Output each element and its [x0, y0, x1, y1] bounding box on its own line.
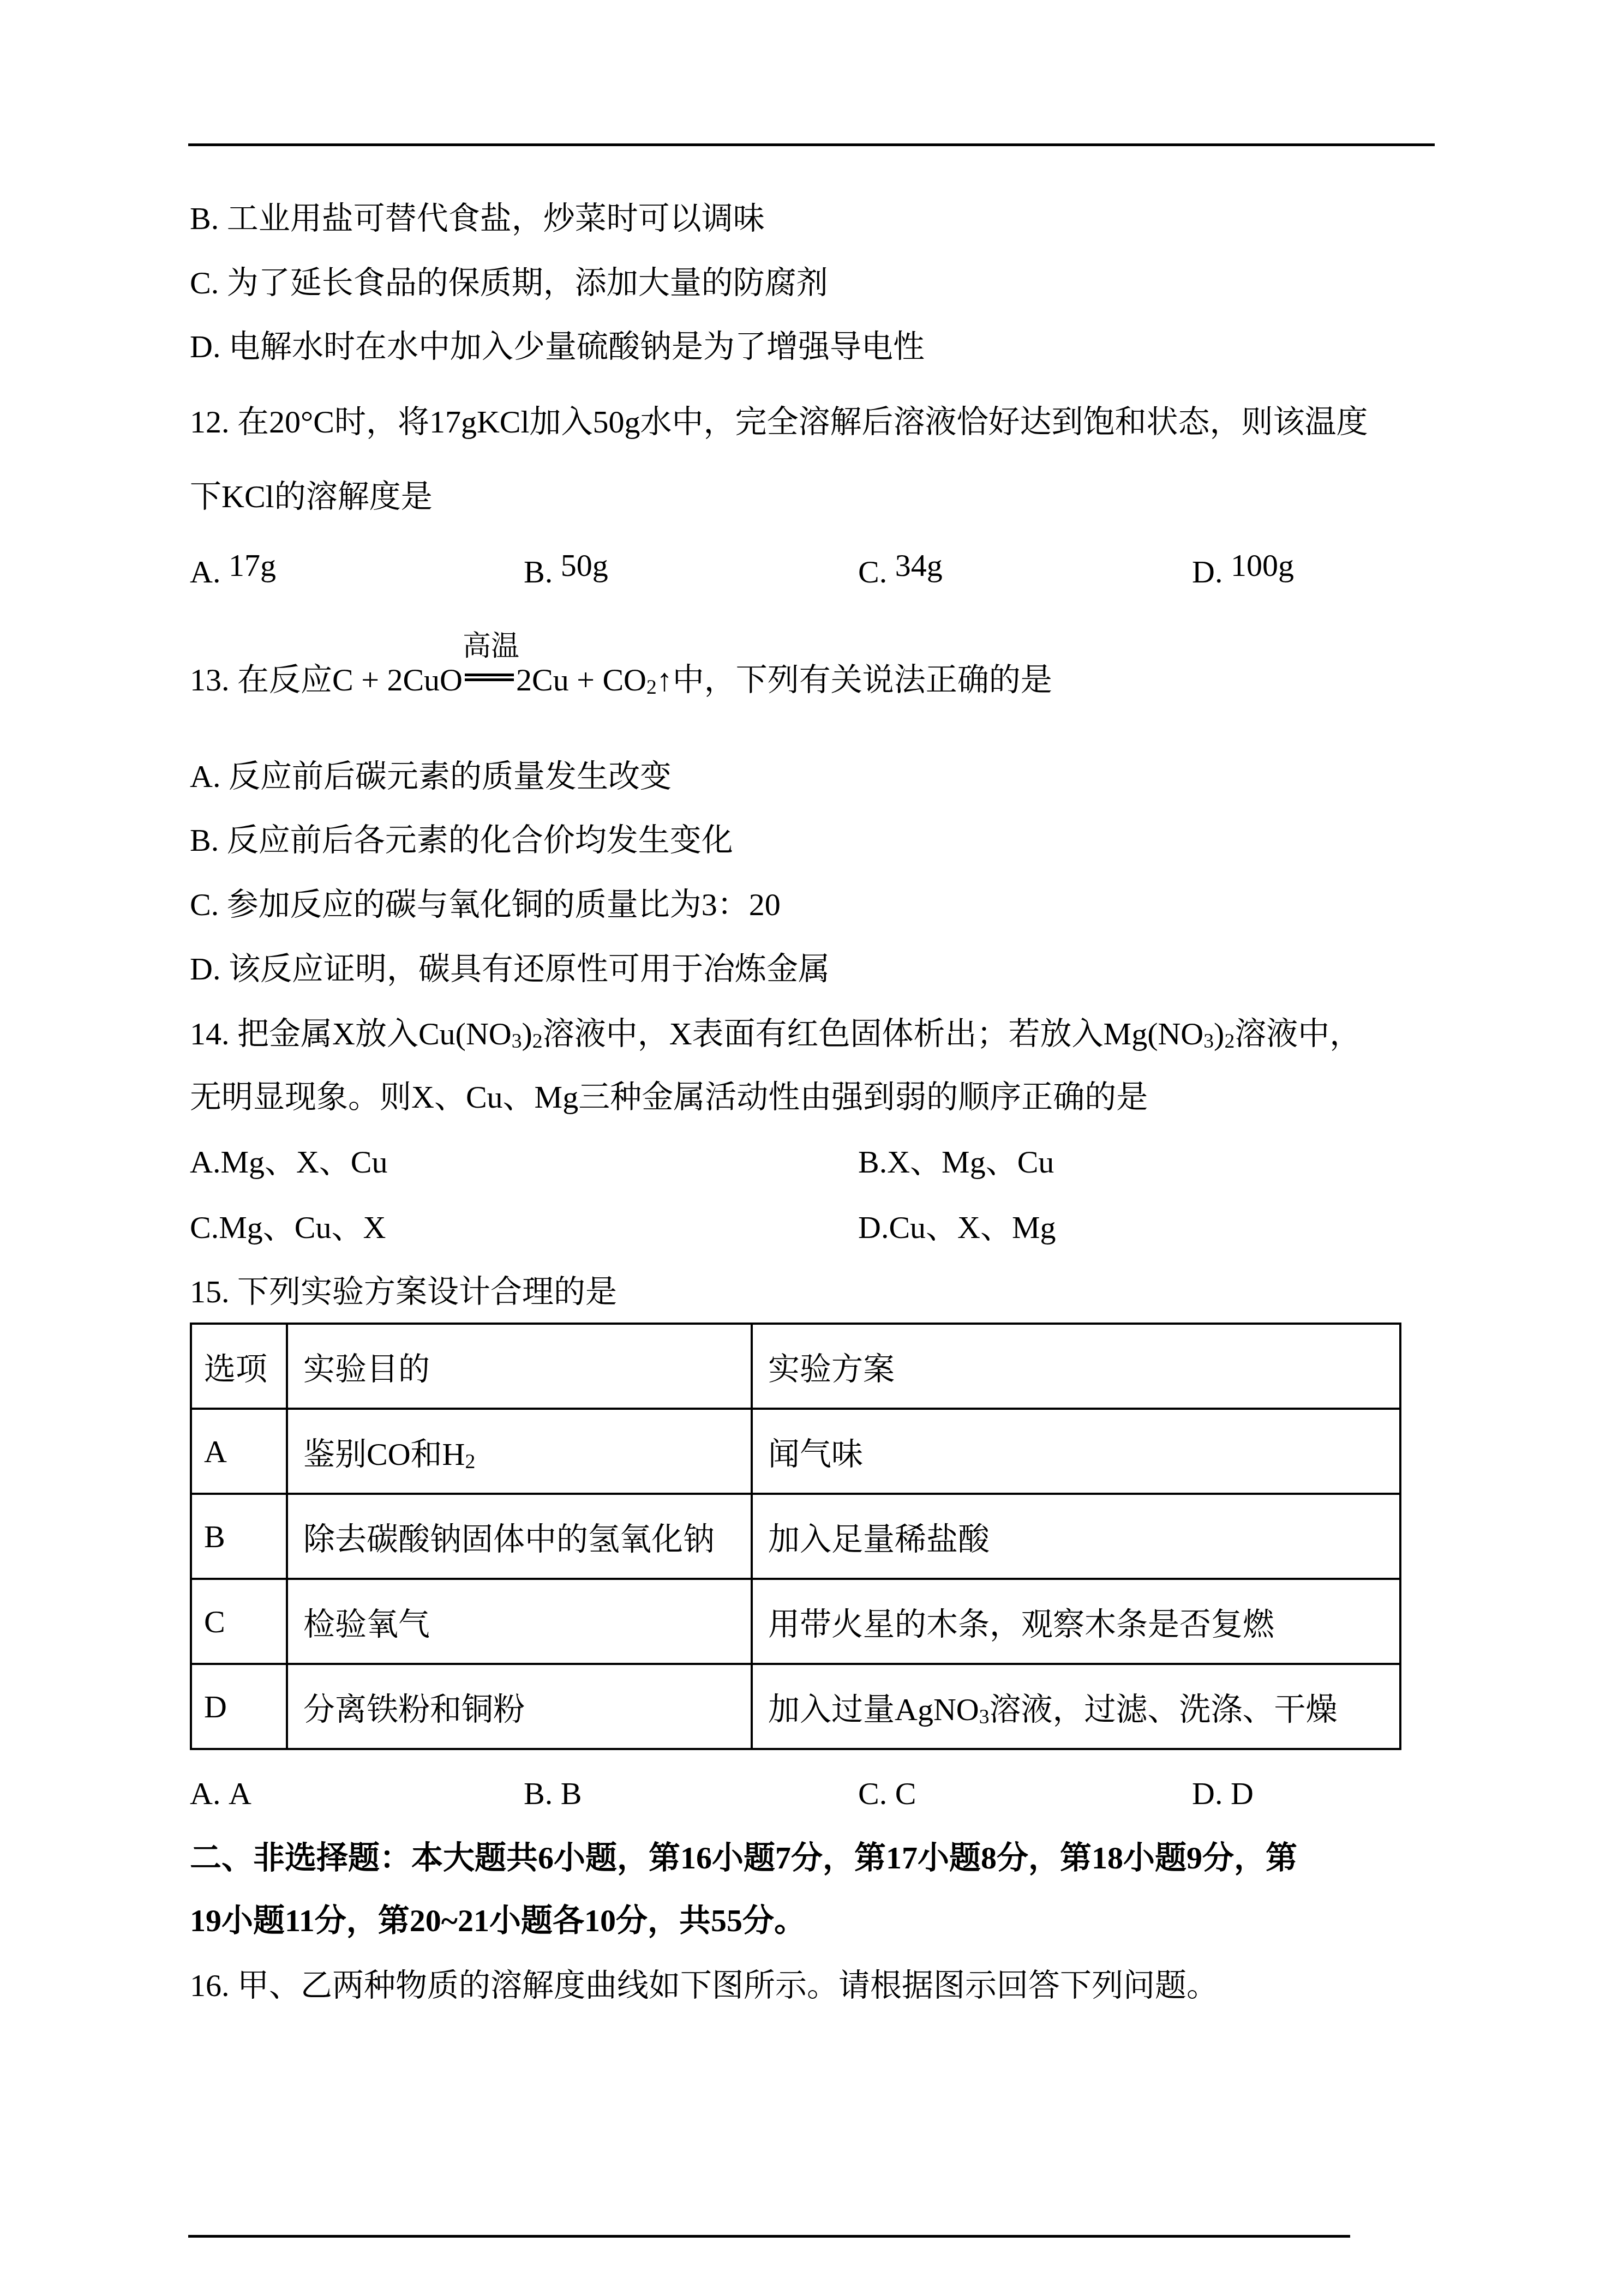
q14-option-b: B.X、Mg、Cu	[858, 1146, 1054, 1178]
subscript: 3	[979, 1705, 990, 1728]
table-cell-option: C	[191, 1579, 287, 1664]
option-text: 为了延长食品的保质期，添加大量的防腐剂	[227, 265, 828, 300]
cell-text: 加入过量AgNO	[768, 1692, 979, 1727]
table-row: B 除去碳酸钠固体中的氢氧化钠 加入足量稀盐酸	[191, 1494, 1400, 1579]
equation-reactants: C + 2CuO	[332, 662, 463, 698]
table-cell-option: B	[191, 1494, 287, 1579]
q12-stem-line1: 12. 在20°C时，将17gKCl加入50g水中，完全溶解后溶液恰好达到饱和状…	[190, 406, 1368, 438]
option-text: 反应前后碳元素的质量发生改变	[229, 759, 672, 794]
option-label: C.	[858, 554, 887, 590]
option-text: 电解水时在水中加入少量硫酸钠是为了增强导电性	[229, 329, 925, 364]
option-text: Mg、Cu、X	[219, 1210, 386, 1245]
option-text: 反应前后各元素的化合价均发生变化	[227, 822, 733, 858]
q14-stem-line2: 无明显现象。则X、Cu、Mg三种金属活动性由强到弱的顺序正确的是	[190, 1081, 1148, 1113]
option-text: 100g	[1231, 548, 1294, 583]
option-text: X、Mg、Cu	[887, 1144, 1054, 1180]
q13-stem: 13. 在反应C + 2CuO高温2Cu + CO2↑中，下列有关说法正确的是	[190, 664, 1052, 696]
question-number: 14.	[190, 1016, 230, 1051]
subscript: 2	[1224, 1030, 1235, 1053]
table-cell-option: D	[191, 1664, 287, 1749]
section2-heading-line1: 二、非选择题：本大题共6小题，第16小题7分，第17小题8分，第18小题9分，第	[190, 1842, 1297, 1874]
q12-stem-line2: 下KCl的溶解度是	[190, 481, 433, 513]
q12-option-c: C. 34g	[858, 556, 943, 588]
option-label: C.	[190, 887, 219, 922]
option-label: A.	[190, 1776, 220, 1811]
question-number: 16.	[190, 1968, 230, 2003]
question-text: 下列实验方案设计合理的是	[237, 1274, 617, 1309]
option-label: B.	[190, 822, 219, 858]
table-cell-plan: 闻气味	[752, 1409, 1400, 1494]
cell-text: 除去碳酸钠固体中的氢氧化钠	[303, 1522, 715, 1557]
gas-arrow-icon: ↑	[657, 662, 673, 698]
header-rule	[188, 143, 1435, 146]
q15-option-d: D. D	[1192, 1778, 1254, 1810]
q12-option-d: D. 100g	[1192, 556, 1294, 588]
cell-text: 鉴别CO和H	[303, 1436, 465, 1472]
question-text: 溶液中，	[1235, 1016, 1361, 1051]
reaction-condition: 高温	[463, 633, 516, 661]
subscript: 2	[646, 676, 657, 699]
option-label: A.	[190, 759, 220, 794]
option-label: C.	[190, 1210, 219, 1245]
experiment-table: 选项 实验目的 实验方案 A 鉴别CO和H2 闻气味 B 除去碳酸钠固体中的氢氧…	[190, 1323, 1401, 1750]
option-label: C.	[190, 265, 219, 300]
option-text: 17g	[229, 548, 276, 583]
table-header-row: 选项 实验目的 实验方案	[191, 1324, 1400, 1409]
section2-heading-line2: 19小题11分，第20~21小题各10分，共55分。	[190, 1905, 806, 1937]
option-label: D.	[858, 1210, 889, 1245]
q11-option-d: D. 电解水时在水中加入少量硫酸钠是为了增强导电性	[190, 331, 925, 363]
subscript: 2	[465, 1450, 475, 1473]
table-cell-plan: 用带火星的木条，观察木条是否复燃	[752, 1579, 1400, 1664]
table-header-cell: 实验方案	[752, 1324, 1400, 1409]
q15-option-c: C. C	[858, 1778, 916, 1810]
section-heading: 19小题11分，第20~21小题各10分，共55分。	[190, 1903, 806, 1938]
subscript: 3	[512, 1030, 522, 1053]
reaction-condition-sign: 高温	[463, 664, 516, 696]
question-number: 13.	[190, 662, 230, 698]
option-text: Mg、X、Cu	[220, 1144, 387, 1180]
table-header-cell: 实验目的	[287, 1324, 752, 1409]
q14-option-d: D.Cu、X、Mg	[858, 1212, 1056, 1243]
question-text: 甲、乙两种物质的溶解度曲线如下图所示。请根据图示回答下列问题。	[237, 1968, 1218, 2003]
option-label: A.	[190, 554, 220, 590]
option-label: B.	[858, 1144, 887, 1180]
q12-option-b: B. 50g	[524, 556, 608, 588]
question-text: 中，下列有关说法正确的是	[673, 662, 1052, 698]
question-text: 下KCl的溶解度是	[190, 479, 433, 514]
option-label: C.	[858, 1776, 887, 1811]
table-cell-option: A	[191, 1409, 287, 1494]
q11-option-b: B. 工业用盐可替代食盐，炒菜时可以调味	[190, 203, 765, 235]
question-text: 把金属X放入Cu(NO	[237, 1016, 512, 1051]
table-cell-purpose: 鉴别CO和H2	[287, 1409, 752, 1494]
question-text: )	[522, 1016, 532, 1051]
q15-stem: 15. 下列实验方案设计合理的是	[190, 1276, 617, 1308]
option-text: D	[1231, 1776, 1254, 1811]
q12-option-a: A. 17g	[190, 556, 276, 588]
option-label: D.	[1192, 554, 1223, 590]
option-label: B.	[524, 554, 553, 590]
q11-option-c: C. 为了延长食品的保质期，添加大量的防腐剂	[190, 267, 828, 299]
equals-sign-icon	[465, 674, 514, 681]
subscript: 2	[532, 1030, 543, 1053]
cell-text: 用带火星的木条，观察木条是否复燃	[768, 1607, 1274, 1642]
table-cell-purpose: 除去碳酸钠固体中的氢氧化钠	[287, 1494, 752, 1579]
q13-option-a: A. 反应前后碳元素的质量发生改变	[190, 761, 672, 792]
option-label: D.	[1192, 1776, 1223, 1811]
q14-option-c: C.Mg、Cu、X	[190, 1212, 386, 1243]
q14-stem-line1: 14. 把金属X放入Cu(NO3)2溶液中，X表面有红色固体析出；若放入Mg(N…	[190, 1018, 1361, 1050]
cell-text: 检验氧气	[303, 1607, 430, 1642]
option-text: 50g	[561, 548, 608, 583]
table-cell-plan: 加入过量AgNO3溶液，过滤、洗涤、干燥	[752, 1664, 1400, 1749]
question-number: 15.	[190, 1274, 230, 1309]
cell-text: 闻气味	[768, 1436, 863, 1472]
option-text: B	[561, 1776, 582, 1811]
cell-text: 加入足量稀盐酸	[768, 1522, 990, 1557]
equation-products: 2Cu + CO	[516, 662, 646, 698]
option-text: 该反应证明，碳具有还原性可用于冶炼金属	[229, 951, 830, 987]
question-text: 溶液中，X表面有红色固体析出；若放入Mg(NO	[543, 1016, 1204, 1051]
question-text: )	[1214, 1016, 1224, 1051]
section-heading: 二、非选择题：本大题共6小题，第16小题7分，第17小题8分，第18小题9分，第	[190, 1840, 1297, 1876]
option-text: 34g	[895, 548, 943, 583]
table-cell-plan: 加入足量稀盐酸	[752, 1494, 1400, 1579]
q15-option-a: A. A	[190, 1778, 251, 1810]
footer-rule	[188, 2235, 1350, 2238]
question-number: 12.	[190, 404, 230, 440]
option-text: 工业用盐可替代食盐，炒菜时可以调味	[227, 201, 765, 236]
subscript: 3	[1203, 1030, 1214, 1053]
table-row: D 分离铁粉和铜粉 加入过量AgNO3溶液，过滤、洗涤、干燥	[191, 1664, 1400, 1749]
option-label: D.	[190, 329, 220, 364]
q14-option-a: A.Mg、X、Cu	[190, 1146, 388, 1178]
option-text: C	[895, 1776, 916, 1811]
option-text: 参加反应的碳与氧化铜的质量比为3：20	[227, 887, 781, 922]
question-text: 在反应	[237, 662, 332, 698]
option-text: A	[229, 1776, 251, 1811]
chemical-equation: C + 2CuO高温2Cu + CO2↑	[332, 662, 673, 698]
q15-option-b: B. B	[524, 1778, 582, 1810]
question-text: 无明显现象。则X、Cu、Mg三种金属活动性由强到弱的顺序正确的是	[190, 1079, 1148, 1115]
q13-option-b: B. 反应前后各元素的化合价均发生变化	[190, 825, 733, 856]
table-cell-purpose: 分离铁粉和铜粉	[287, 1664, 752, 1749]
q13-option-d: D. 该反应证明，碳具有还原性可用于冶炼金属	[190, 953, 830, 985]
table-row: C 检验氧气 用带火星的木条，观察木条是否复燃	[191, 1579, 1400, 1664]
option-label: A.	[190, 1144, 220, 1180]
option-text: Cu、X、Mg	[889, 1210, 1056, 1245]
cell-text: 溶液，过滤、洗涤、干燥	[990, 1692, 1338, 1727]
q16-stem: 16. 甲、乙两种物质的溶解度曲线如下图所示。请根据图示回答下列问题。	[190, 1970, 1218, 2002]
q13-option-c: C. 参加反应的碳与氧化铜的质量比为3：20	[190, 889, 781, 921]
table-header-cell: 选项	[191, 1324, 287, 1409]
option-label: B.	[524, 1776, 553, 1811]
option-label: D.	[190, 951, 220, 987]
table-row: A 鉴别CO和H2 闻气味	[191, 1409, 1400, 1494]
option-label: B.	[190, 201, 219, 236]
question-text: 在20°C时，将17gKCl加入50g水中，完全溶解后溶液恰好达到饱和状态，则该…	[237, 404, 1368, 440]
cell-text: 分离铁粉和铜粉	[303, 1692, 525, 1727]
table-cell-purpose: 检验氧气	[287, 1579, 752, 1664]
